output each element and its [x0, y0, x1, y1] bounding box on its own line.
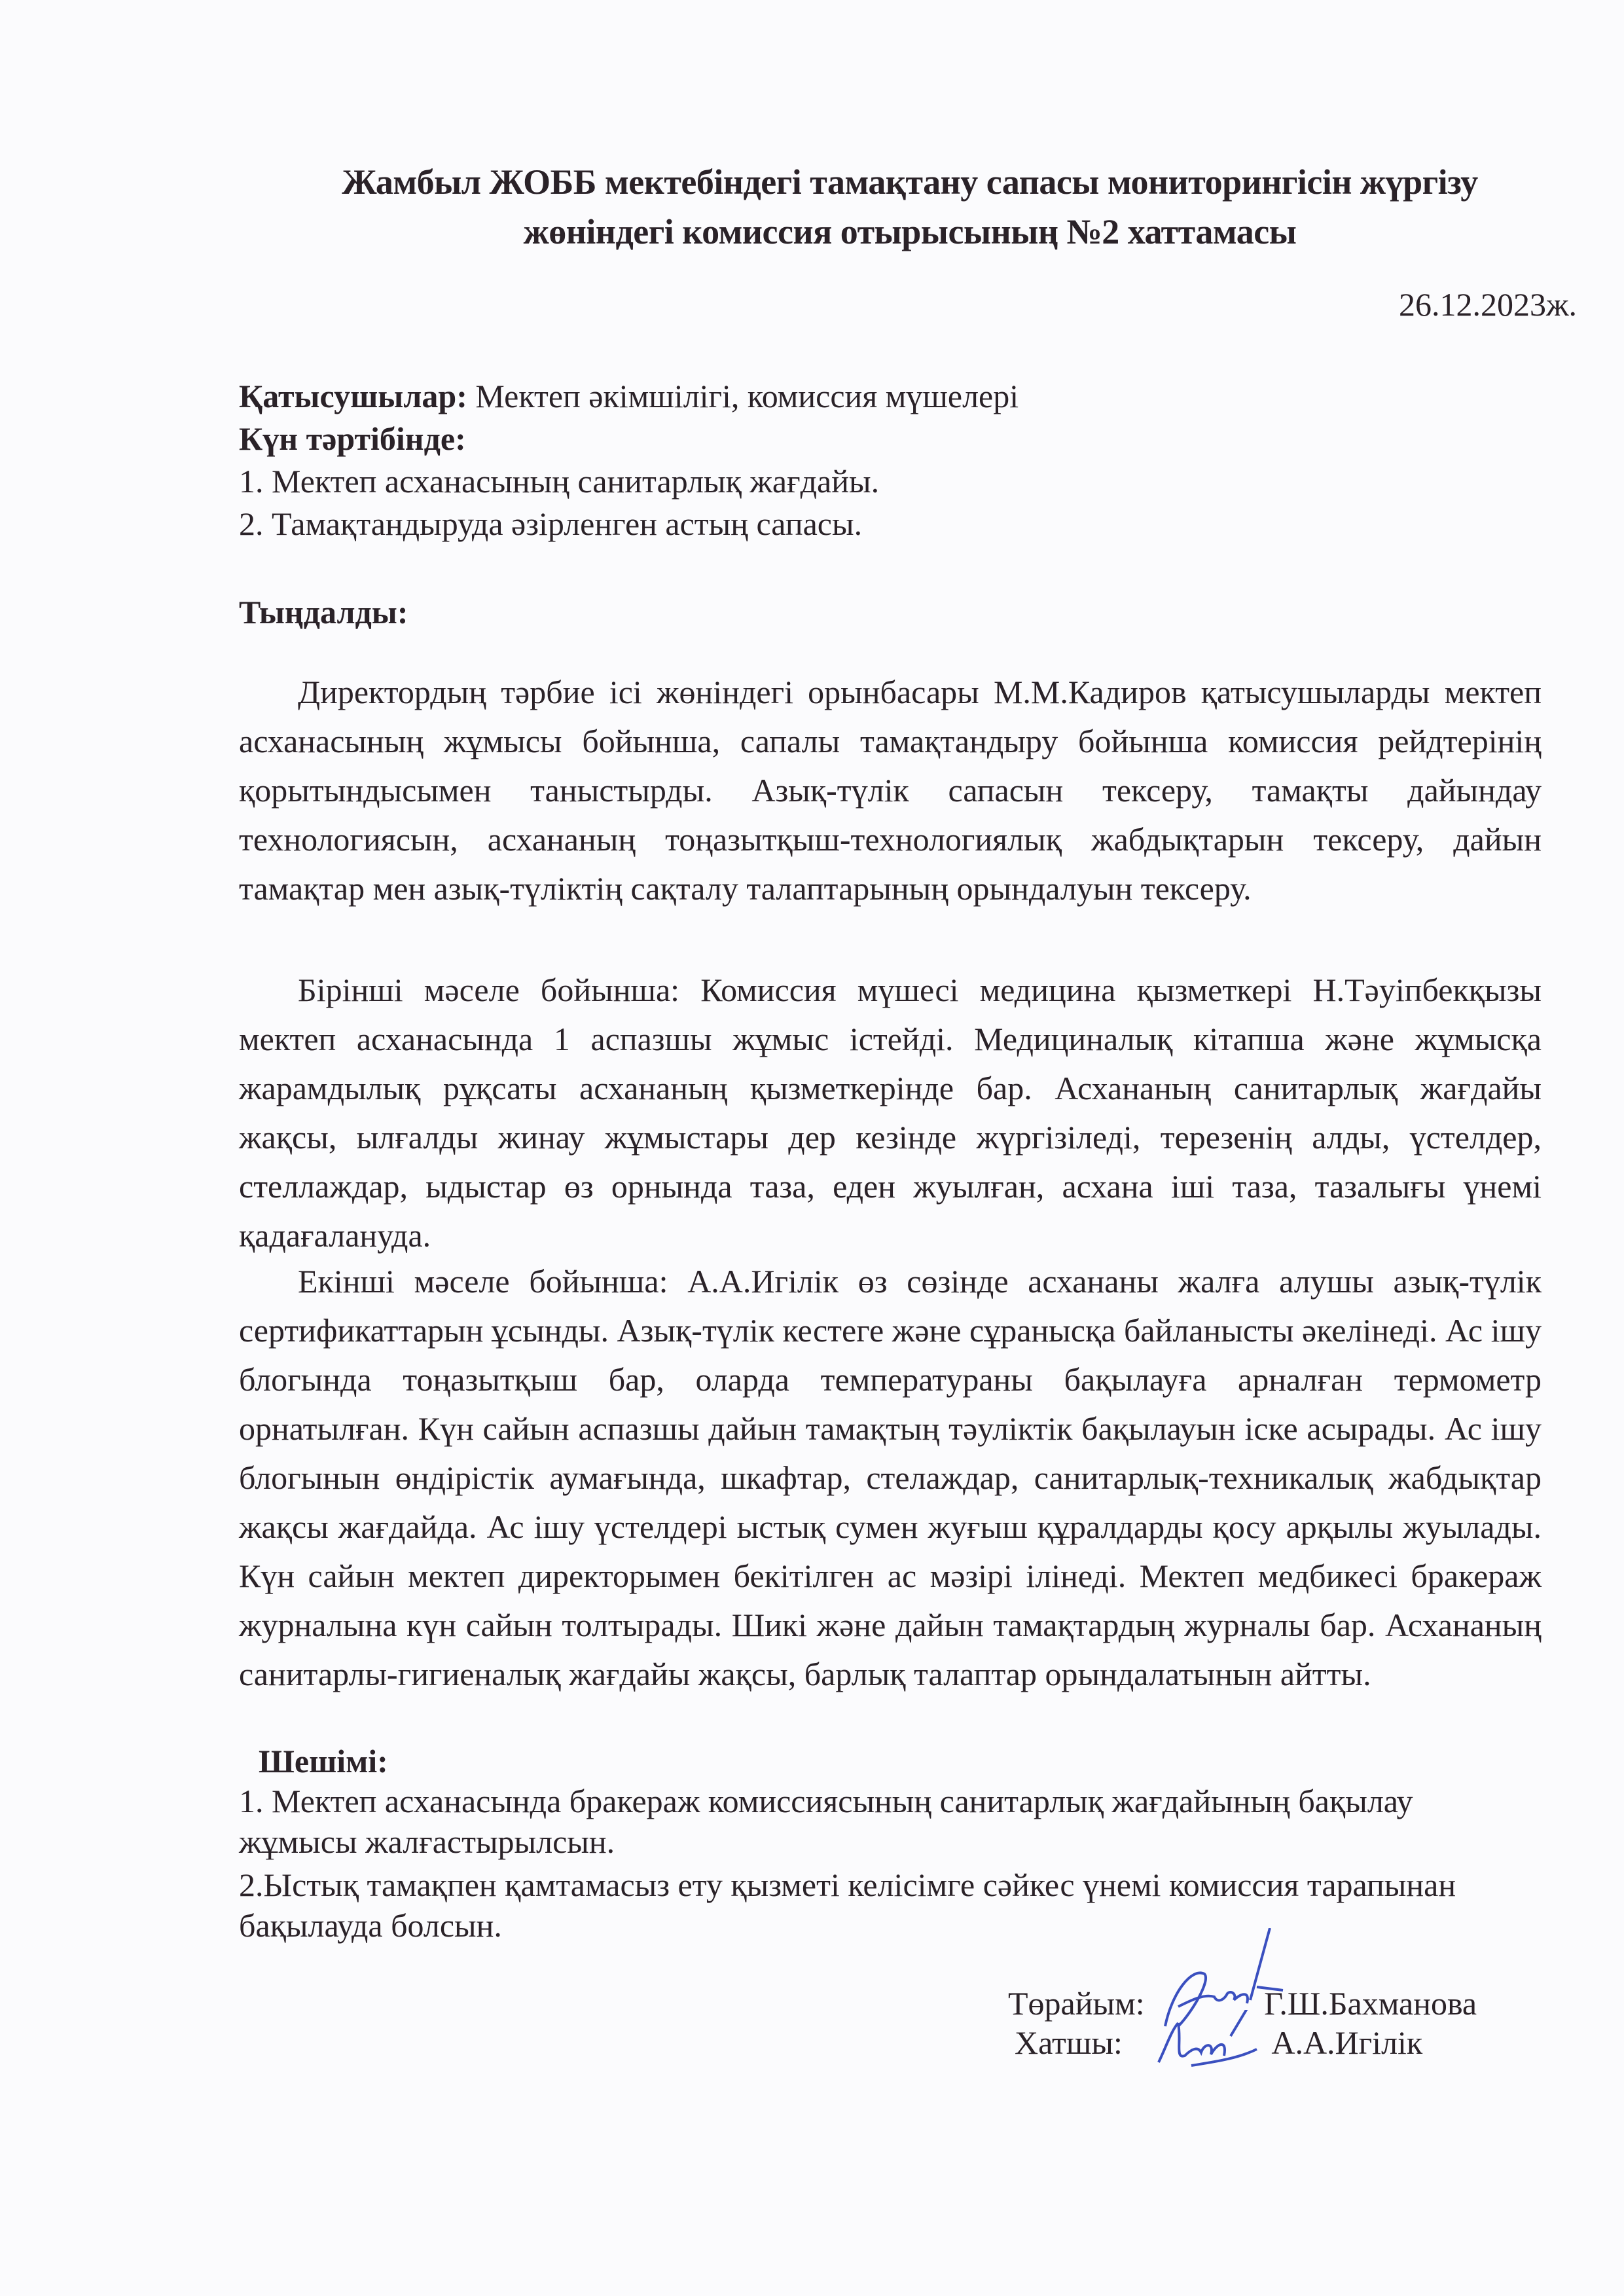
paragraph-second-issue: Екінші мәселе бойынша: А.А.Игілік өз сөз… — [239, 1257, 1542, 1699]
agenda-item-1: 1. Мектеп асханасының санитарлық жағдайы… — [239, 462, 1542, 501]
agenda-label: Күн тәртібінде: — [239, 419, 1542, 458]
chair-role: Төрайым: — [1008, 1984, 1145, 2023]
decision-label: Шешімі: — [259, 1741, 1561, 1781]
agenda-item-2: 2. Тамақтандыруда әзірленген астың сапас… — [239, 504, 1542, 543]
secretary-role: Хатшы: — [1015, 2023, 1123, 2062]
participants-value: Мектеп әкімшілігі, комиссия мүшелері — [467, 378, 1019, 414]
document-title: Жамбыл ЖОББ мектебіндегі тамақтану сапас… — [262, 157, 1558, 257]
title-line-1: Жамбыл ЖОББ мектебіндегі тамақтану сапас… — [262, 157, 1558, 207]
decision-item-2: 2.Ыстық тамақпен қамтамасыз ету қызметі … — [239, 1865, 1522, 1946]
participants-line: Қатысушылар: Мектеп әкімшілігі, комиссия… — [239, 376, 1542, 416]
paragraph-intro: Директордың тәрбие ісі жөніндегі орынбас… — [239, 668, 1542, 913]
secretary-signature-icon — [1152, 2010, 1309, 2075]
heard-label: Тыңдалды: — [239, 592, 1542, 632]
title-line-2: жөніндегі комиссия отырысының №2 хаттама… — [262, 207, 1558, 257]
decision-item-1: 1. Мектеп асханасында бракераж комиссияс… — [239, 1781, 1522, 1862]
document-page: Жамбыл ЖОББ мектебіндегі тамақтану сапас… — [0, 0, 1624, 2296]
document-date: 26.12.2023ж. — [1399, 282, 1577, 327]
paragraph-first-issue: Бірінші мәселе бойынша: Комиссия мүшесі … — [239, 966, 1542, 1260]
participants-label: Қатысушылар: — [239, 378, 467, 414]
